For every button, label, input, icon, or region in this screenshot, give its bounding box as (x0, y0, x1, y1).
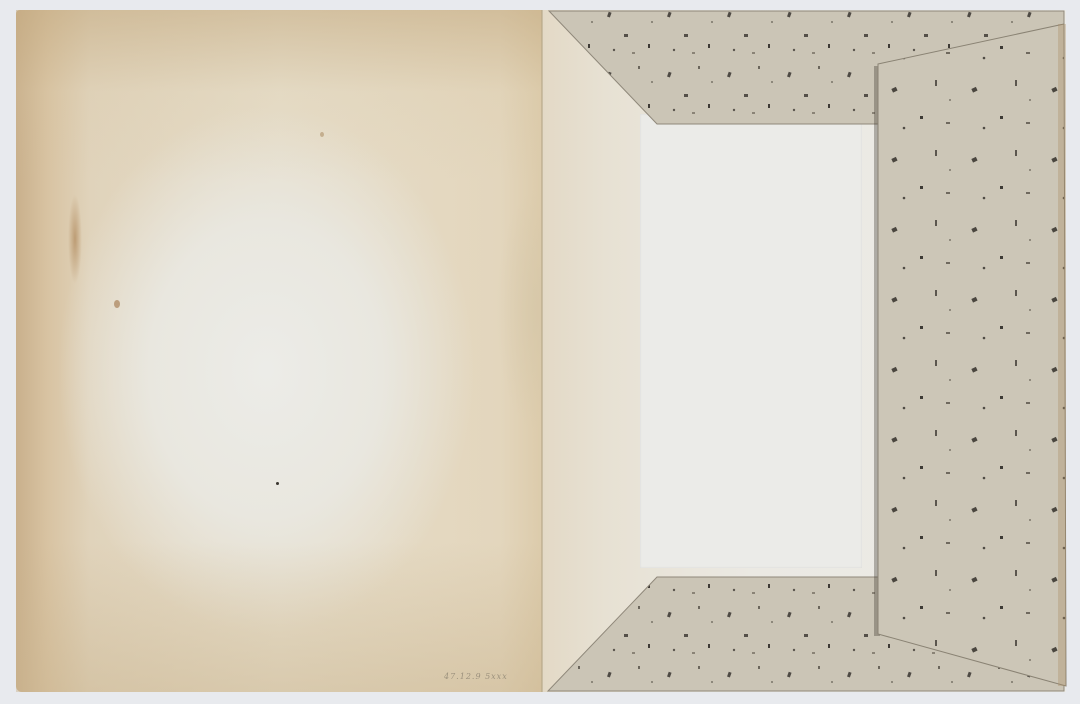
pocket-flaps (0, 0, 1080, 704)
right-pocket-flap (878, 24, 1066, 686)
pencil-inscription: 47.12.9 5xxx (444, 672, 508, 681)
